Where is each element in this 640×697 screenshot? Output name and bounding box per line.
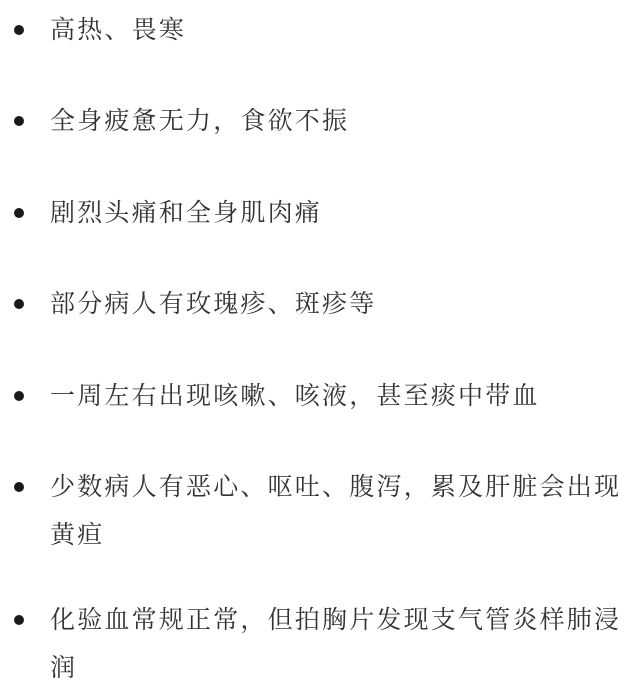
list-item-text: 化验血常规正常，但拍胸片发现支气管炎样肺浸润 xyxy=(50,596,635,692)
bullet-icon xyxy=(14,615,24,625)
bullet-icon xyxy=(14,208,24,218)
bullet-icon xyxy=(14,391,24,401)
bullet-icon xyxy=(14,482,24,492)
list-item-text: 少数病人有恶心、呕吐、腹泻，累及肝脏会出现黄疸 xyxy=(50,463,635,559)
list-item-text: 高热、畏寒 xyxy=(50,6,635,54)
list-item-text: 一周左右出现咳嗽、咳液，甚至痰中带血 xyxy=(50,372,635,420)
list-item-text: 剧烈头痛和全身肌肉痛 xyxy=(50,189,635,237)
bullet-icon xyxy=(14,116,24,126)
list-item-text: 部分病人有玫瑰疹、斑疹等 xyxy=(50,280,635,328)
bullet-icon xyxy=(14,25,24,35)
list-item-text: 全身疲惫无力，食欲不振 xyxy=(50,97,635,145)
bullet-icon xyxy=(14,299,24,309)
